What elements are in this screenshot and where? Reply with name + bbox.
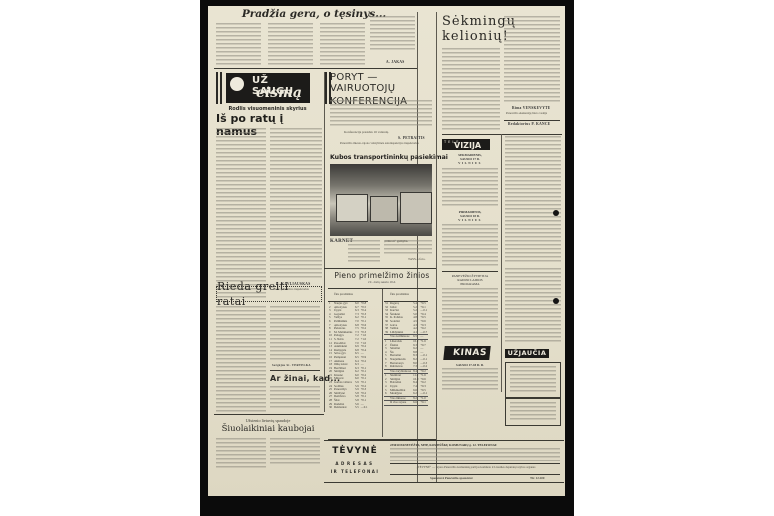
tv-day-2: PIRMADIENIS, SAUSIO 18 D. VILNIUS <box>442 211 498 222</box>
poryt-closing: Konferencija prasidės 16 valandą. <box>344 130 434 134</box>
table-cell: Iš viso rajone <box>389 401 412 406</box>
text-column <box>348 240 380 262</box>
photo-credit: TASS-o foto. <box>408 257 426 261</box>
table-header-cell <box>419 289 428 302</box>
milk-table-section: Pieno primelžimo žinios 19.. metų sausio… <box>330 271 434 284</box>
condolence-text <box>510 402 556 422</box>
tv-logo-text: VIZIJA <box>454 141 481 150</box>
editor-line: Redaktorius P. KANCE <box>508 122 551 126</box>
footer-rule <box>324 440 564 441</box>
text-column <box>320 23 365 65</box>
text-column <box>270 386 320 410</box>
milk-table-frame: Ūkio pavadinimas1Naujas gyv.6.0+0.82Ąžuo… <box>328 288 436 440</box>
milk-table-right: Ūkio pavadinimas31Ragavą5.4+0.532Juliai5… <box>384 289 436 406</box>
phones-label: IR TELEFONAI <box>326 469 384 474</box>
text-column <box>270 306 320 362</box>
divider <box>270 370 320 371</box>
headline-kaubojai: Šiuolaikiniai kaubojai <box>216 424 320 434</box>
milk-table-title: Pieno primelžimo žinios <box>330 271 434 280</box>
section-divider <box>214 414 324 415</box>
table-header-cell: Ūkio pavadinimas <box>333 289 354 302</box>
table-cell: Deimantai <box>333 406 354 410</box>
text-column <box>504 16 560 104</box>
column-divider <box>501 134 502 392</box>
divider <box>442 271 498 272</box>
text-column <box>216 23 261 65</box>
table-header-cell <box>360 289 369 302</box>
condolence-text <box>510 366 556 394</box>
headline-kubos: Kubos transportininkų pasiekimai <box>330 154 448 161</box>
section-divider <box>442 134 562 135</box>
signature: S. PETRAITIS <box>398 136 425 140</box>
signature: A. JAKAS <box>386 60 405 64</box>
tv-logo: TELE VIZIJA <box>442 139 490 150</box>
column-divider <box>436 12 437 482</box>
condolences-header: UŽJAUČIA <box>505 349 549 358</box>
section-divider <box>324 268 436 269</box>
table-total-row: Iš viso rajone6.6+0.1 <box>384 401 428 406</box>
text-column <box>216 306 266 412</box>
bus-shape <box>370 196 398 222</box>
footer-printer: Spaustuvė Panevėžio spaustuvė <box>430 476 473 480</box>
condolence-notice <box>505 362 561 398</box>
table-cell: —0.1 <box>360 406 369 410</box>
text-column <box>216 128 266 298</box>
text-column <box>268 23 313 65</box>
headline-rieda: Rieda greiti ratai <box>217 279 321 309</box>
table-header-row: Ūkio pavadinimas <box>384 289 428 302</box>
traffic-light-icon <box>230 77 244 91</box>
table-cell: +0.1 <box>419 401 428 406</box>
milk-table-left-grid: Ūkio pavadinimas1Naujas gyv.6.0+0.82Ąžuo… <box>328 289 368 410</box>
footer-notice: „TĖVYNĖ“ — rajono Panevėžio komunistų pa… <box>398 465 554 469</box>
table-header-cell: Ūkio pavadinimas <box>389 289 412 302</box>
milk-table-date: 19.. metų sausio 16 d. <box>330 280 434 284</box>
signature: Sergėjus St. VERTELKA <box>272 363 311 367</box>
cinema-logo-text: KINAS <box>452 348 487 358</box>
text-column <box>270 438 320 464</box>
footer-order: Tir. 12.200 <box>530 476 544 480</box>
rubric-logo-frame: UŽ SAUGŲ eismą <box>216 72 331 104</box>
text-column <box>505 268 561 344</box>
radio-title: PANEVĖŽIO ŽYTIETIJA RADIJO LAIDOS PROGRA… <box>442 274 498 286</box>
footer-rule <box>324 482 564 483</box>
signature-note: Panevėžio ekskursijų biuro vedėja <box>506 111 560 115</box>
table-header-row: Ūkio pavadinimas <box>328 289 368 302</box>
text-column <box>330 100 432 128</box>
tv-day-2-channel: VILNIUS <box>442 219 498 223</box>
footer-phone-list <box>390 448 560 461</box>
address-label: ADRESAS <box>326 461 384 466</box>
text-column <box>216 438 266 468</box>
text-column <box>370 16 415 52</box>
condolence-notice <box>505 398 561 426</box>
text-column <box>442 368 498 390</box>
newspaper-page: Pradžia gera, o tęsinys... A. JAKAS UŽ S… <box>208 6 565 496</box>
cinema-logo: KINAS <box>443 346 490 360</box>
table-divider <box>382 289 383 437</box>
milk-table-left: Ūkio pavadinimas1Naujas gyv.6.0+0.82Ąžuo… <box>328 289 381 410</box>
rieda-headline-box: Rieda greiti ratai <box>216 286 322 302</box>
footer-address: 235010 PANEVĖŽYS, MTP, KOSTIŪŠKŲ KOMUNAR… <box>390 443 560 447</box>
radio-title-line3: PROGRAMA <box>442 282 498 286</box>
cinema-date: SAUSIO 17-18 D. D. <box>442 363 498 367</box>
table-row: 30Deimantai5.5—0.1 <box>328 406 368 410</box>
kicker-kaubojai: Užsienio lietuvių spaudoje <box>216 418 320 423</box>
rubric-logo-line2: eismą <box>256 85 302 101</box>
rubric-logo: UŽ SAUGŲ eismą <box>226 73 310 103</box>
caption-end: „Chiron“ gamyba. <box>384 239 432 243</box>
text-column <box>442 48 500 130</box>
punch-hole <box>553 210 559 216</box>
footer-rule <box>390 474 560 475</box>
tv-day-1-channel: VILNIUS <box>442 162 498 166</box>
divider <box>504 120 560 121</box>
footer-rule <box>390 463 560 464</box>
punch-hole <box>553 298 559 304</box>
signature: Rima VENSKEVYTE <box>512 106 550 110</box>
text-column <box>270 128 322 278</box>
section-divider <box>214 68 417 69</box>
milk-table-right-grid: Ūkio pavadinimas31Ragavą5.4+0.532Juliai5… <box>384 289 428 406</box>
table-header-cell <box>412 289 419 302</box>
paper-name: TĖVYNĖ <box>326 446 384 456</box>
footer-masthead: TĖVYNĖ ADRESAS IR TELEFONAI <box>326 446 384 474</box>
text-column <box>442 288 498 338</box>
bus-shape <box>400 192 432 224</box>
headline-poryt-line1: PORYT — VAIRUOTOJŲ <box>330 72 432 94</box>
text-column <box>442 168 498 208</box>
column-divider <box>324 72 325 412</box>
bus-depot-photo <box>330 164 432 236</box>
tv-day-1: SEKMADIENIS, SAUSIO 17 D. VILNIUS <box>442 154 498 165</box>
text-column <box>505 136 561 262</box>
bus-shape <box>336 194 368 222</box>
signature-note: Panevėžio miesto-rajono valstybinės auto… <box>340 141 430 145</box>
text-column <box>442 224 498 268</box>
table-cell: 6.6 <box>412 401 419 406</box>
